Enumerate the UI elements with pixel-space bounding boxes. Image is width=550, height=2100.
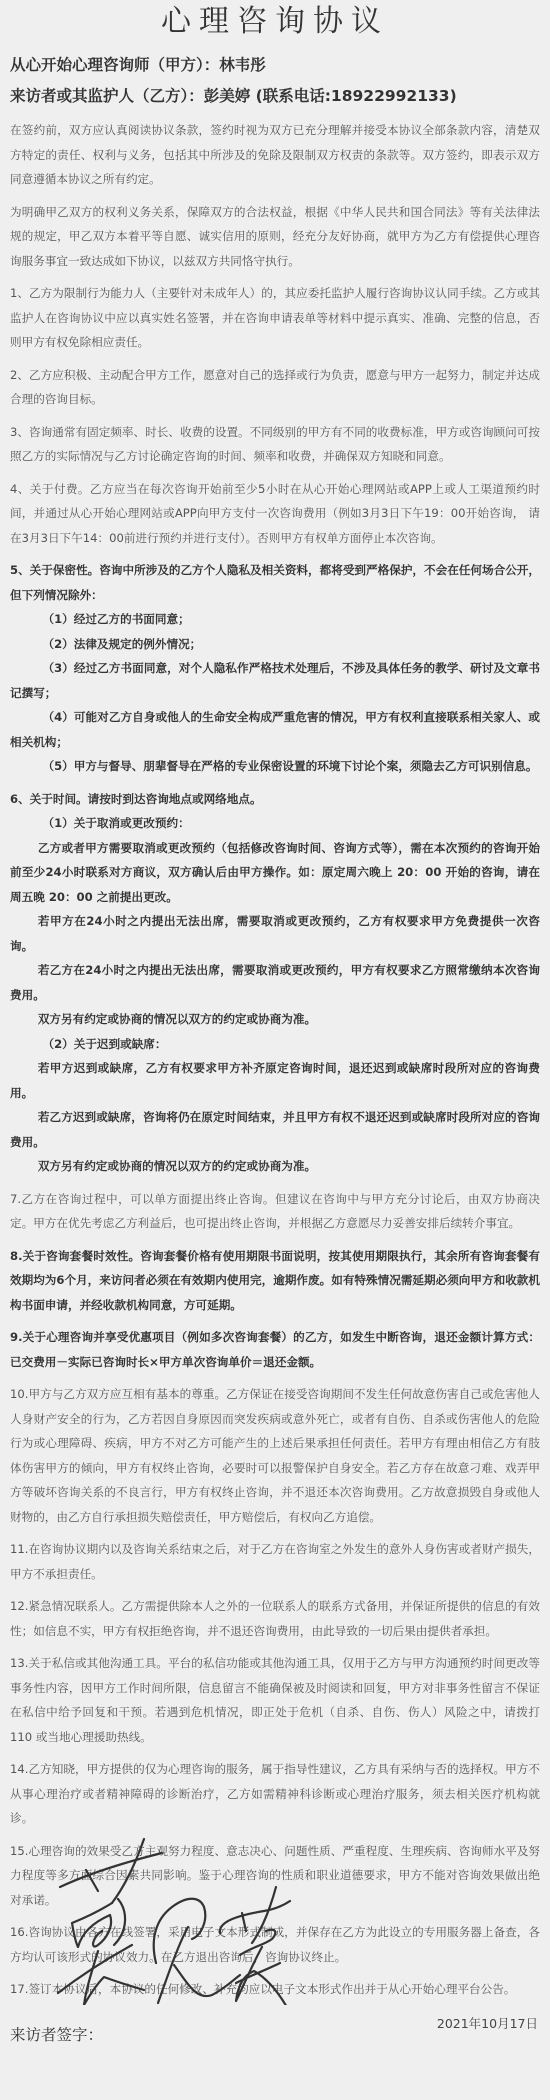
clause-8: 8.关于咨询套餐时效性。咨询套餐价格有使用期限书面说明，按其使用期限执行，其余所…: [10, 1244, 540, 1318]
clause-6-sub1-line: 双方另有约定或协商的情况以双方的约定或协商为准。: [10, 1007, 540, 1032]
clause-6-sub1-line: 若甲方在24小时之内提出无法出席，需要取消或更改预约，乙方有权要求甲方免费提供一…: [10, 909, 540, 958]
clause-12: 12.紧急情况联系人。乙方需提供除本人之外的一位联系人的联系方式备用，并保证所提…: [10, 1594, 540, 1643]
party-b-line: 来访者或其监护人（乙方）：彭美婷 (联系电话:18922992133): [10, 81, 540, 112]
clause-7: 7.乙方在咨询过程中，可以单方面提出终止咨询。但建议在咨询中与甲方充分讨论后，由…: [10, 1187, 540, 1236]
clause-6-intro: 6、关于时间。请按时到达咨询地点或网络地点。: [10, 787, 540, 812]
clause-5-item: （5）甲方与督导、朋辈督导在严格的专业保密设置的环境下讨论个案，须隐去乙方可识别…: [10, 754, 540, 779]
preamble-paragraph: 为明确甲乙双方的权利义务关系，保障双方的合法权益，根据《中华人民共和国合同法》等…: [10, 200, 540, 274]
preamble-paragraph: 在签约前，双方应认真阅读协议条款，签约时视为双方已充分理解并接受本协议全部条款内…: [10, 118, 540, 192]
page-title: 心理咨询协议: [10, 0, 540, 48]
signature-image: [40, 1815, 300, 2005]
signature-date: 2021年10月17日: [437, 2014, 538, 2032]
clause-2: 2、乙方应积极、主动配合甲方工作，愿意对自己的选择或行为负责，愿意与甲方一起努力…: [10, 363, 540, 412]
clause-5-item: （4）可能对乙方自身或他人的生命安全构成严重危害的情况，甲方有权利直接联系相关家…: [10, 705, 540, 754]
clause-6-sub1-line: 乙方或者甲方需要取消或更改预约（包括修改咨询时间、咨询方式等），需在本次预约的咨…: [10, 836, 540, 910]
clause-6-sub2-line: 若甲方迟到或缺席，乙方有权要求甲方补齐原定咨询时间，退还迟到或缺席时段所对应的咨…: [10, 1056, 540, 1105]
agreement-document: 心理咨询协议 从心开始心理咨询师（甲方）：林韦彤 来访者或其监护人（乙方）：彭美…: [0, 0, 550, 2050]
clause-6-sub2-line: 若乙方迟到或缺席，咨询将仍在原定时间结束，并且甲方有权不退还迟到或缺席时段所对应…: [10, 1105, 540, 1154]
clause-5-intro: 5、关于保密性。咨询中所涉及的乙方个人隐私及相关资料，都将受到严格保护，不会在任…: [10, 558, 540, 607]
clause-13: 13.关于私信或其他沟通工具。平台的私信功能或其他沟通工具，仅用于乙方与甲方沟通…: [10, 1651, 540, 1749]
clause-5-item: （1）经过乙方的书面同意；: [10, 607, 540, 632]
clause-3: 3、咨询通常有固定频率、时长、收费的设置。不同级别的甲方有不同的收费标准，甲方或…: [10, 420, 540, 469]
clause-6-sub1-title: （1）关于取消或更改预约：: [10, 811, 540, 836]
clause-6-sub2-line: 双方另有约定或协商的情况以双方的约定或协商为准。: [10, 1154, 540, 1179]
clause-4: 4、关于付费。乙方应当在每次咨询开始前至少5小时在从心开始心理网站或APP上或人…: [10, 477, 540, 551]
clause-5-item: （2）法律及规定的例外情况；: [10, 632, 540, 657]
clause-6-sub2-title: （2）关于迟到或缺席：: [10, 1032, 540, 1057]
clause-9: 9.关于心理咨询并享受优惠项目（例如多次咨询套餐）的乙方，如发生中断咨询，退还金…: [10, 1325, 540, 1374]
clause-5-item: （3）经过乙方书面同意，对个人隐私作严格技术处理后，不涉及具体任务的教学、研讨及…: [10, 656, 540, 705]
clause-6: 6、关于时间。请按时到达咨询地点或网络地点。 （1）关于取消或更改预约： 乙方或…: [10, 787, 540, 1179]
clause-1: 1、乙方为限制行为能力人（主要针对未成年人）的，其应委托监护人履行咨询协议认同手…: [10, 281, 540, 355]
clause-11: 11.在咨询协议期内以及咨询关系结束之后，对于乙方在咨询室之外发生的意外人身伤害…: [10, 1537, 540, 1586]
clause-6-sub1-line: 若乙方在24小时之内提出无法出席，需要取消或更改预约，甲方有权要求乙方照常缴纳本…: [10, 958, 540, 1007]
clause-5: 5、关于保密性。咨询中所涉及的乙方个人隐私及相关资料，都将受到严格保护，不会在任…: [10, 558, 540, 779]
clause-10: 10.甲方与乙方双方应互相有基本的尊重。乙方保证在接受咨询期间不发生任何故意伤害…: [10, 1382, 540, 1529]
party-a-line: 从心开始心理咨询师（甲方）：林韦彤: [10, 50, 540, 81]
